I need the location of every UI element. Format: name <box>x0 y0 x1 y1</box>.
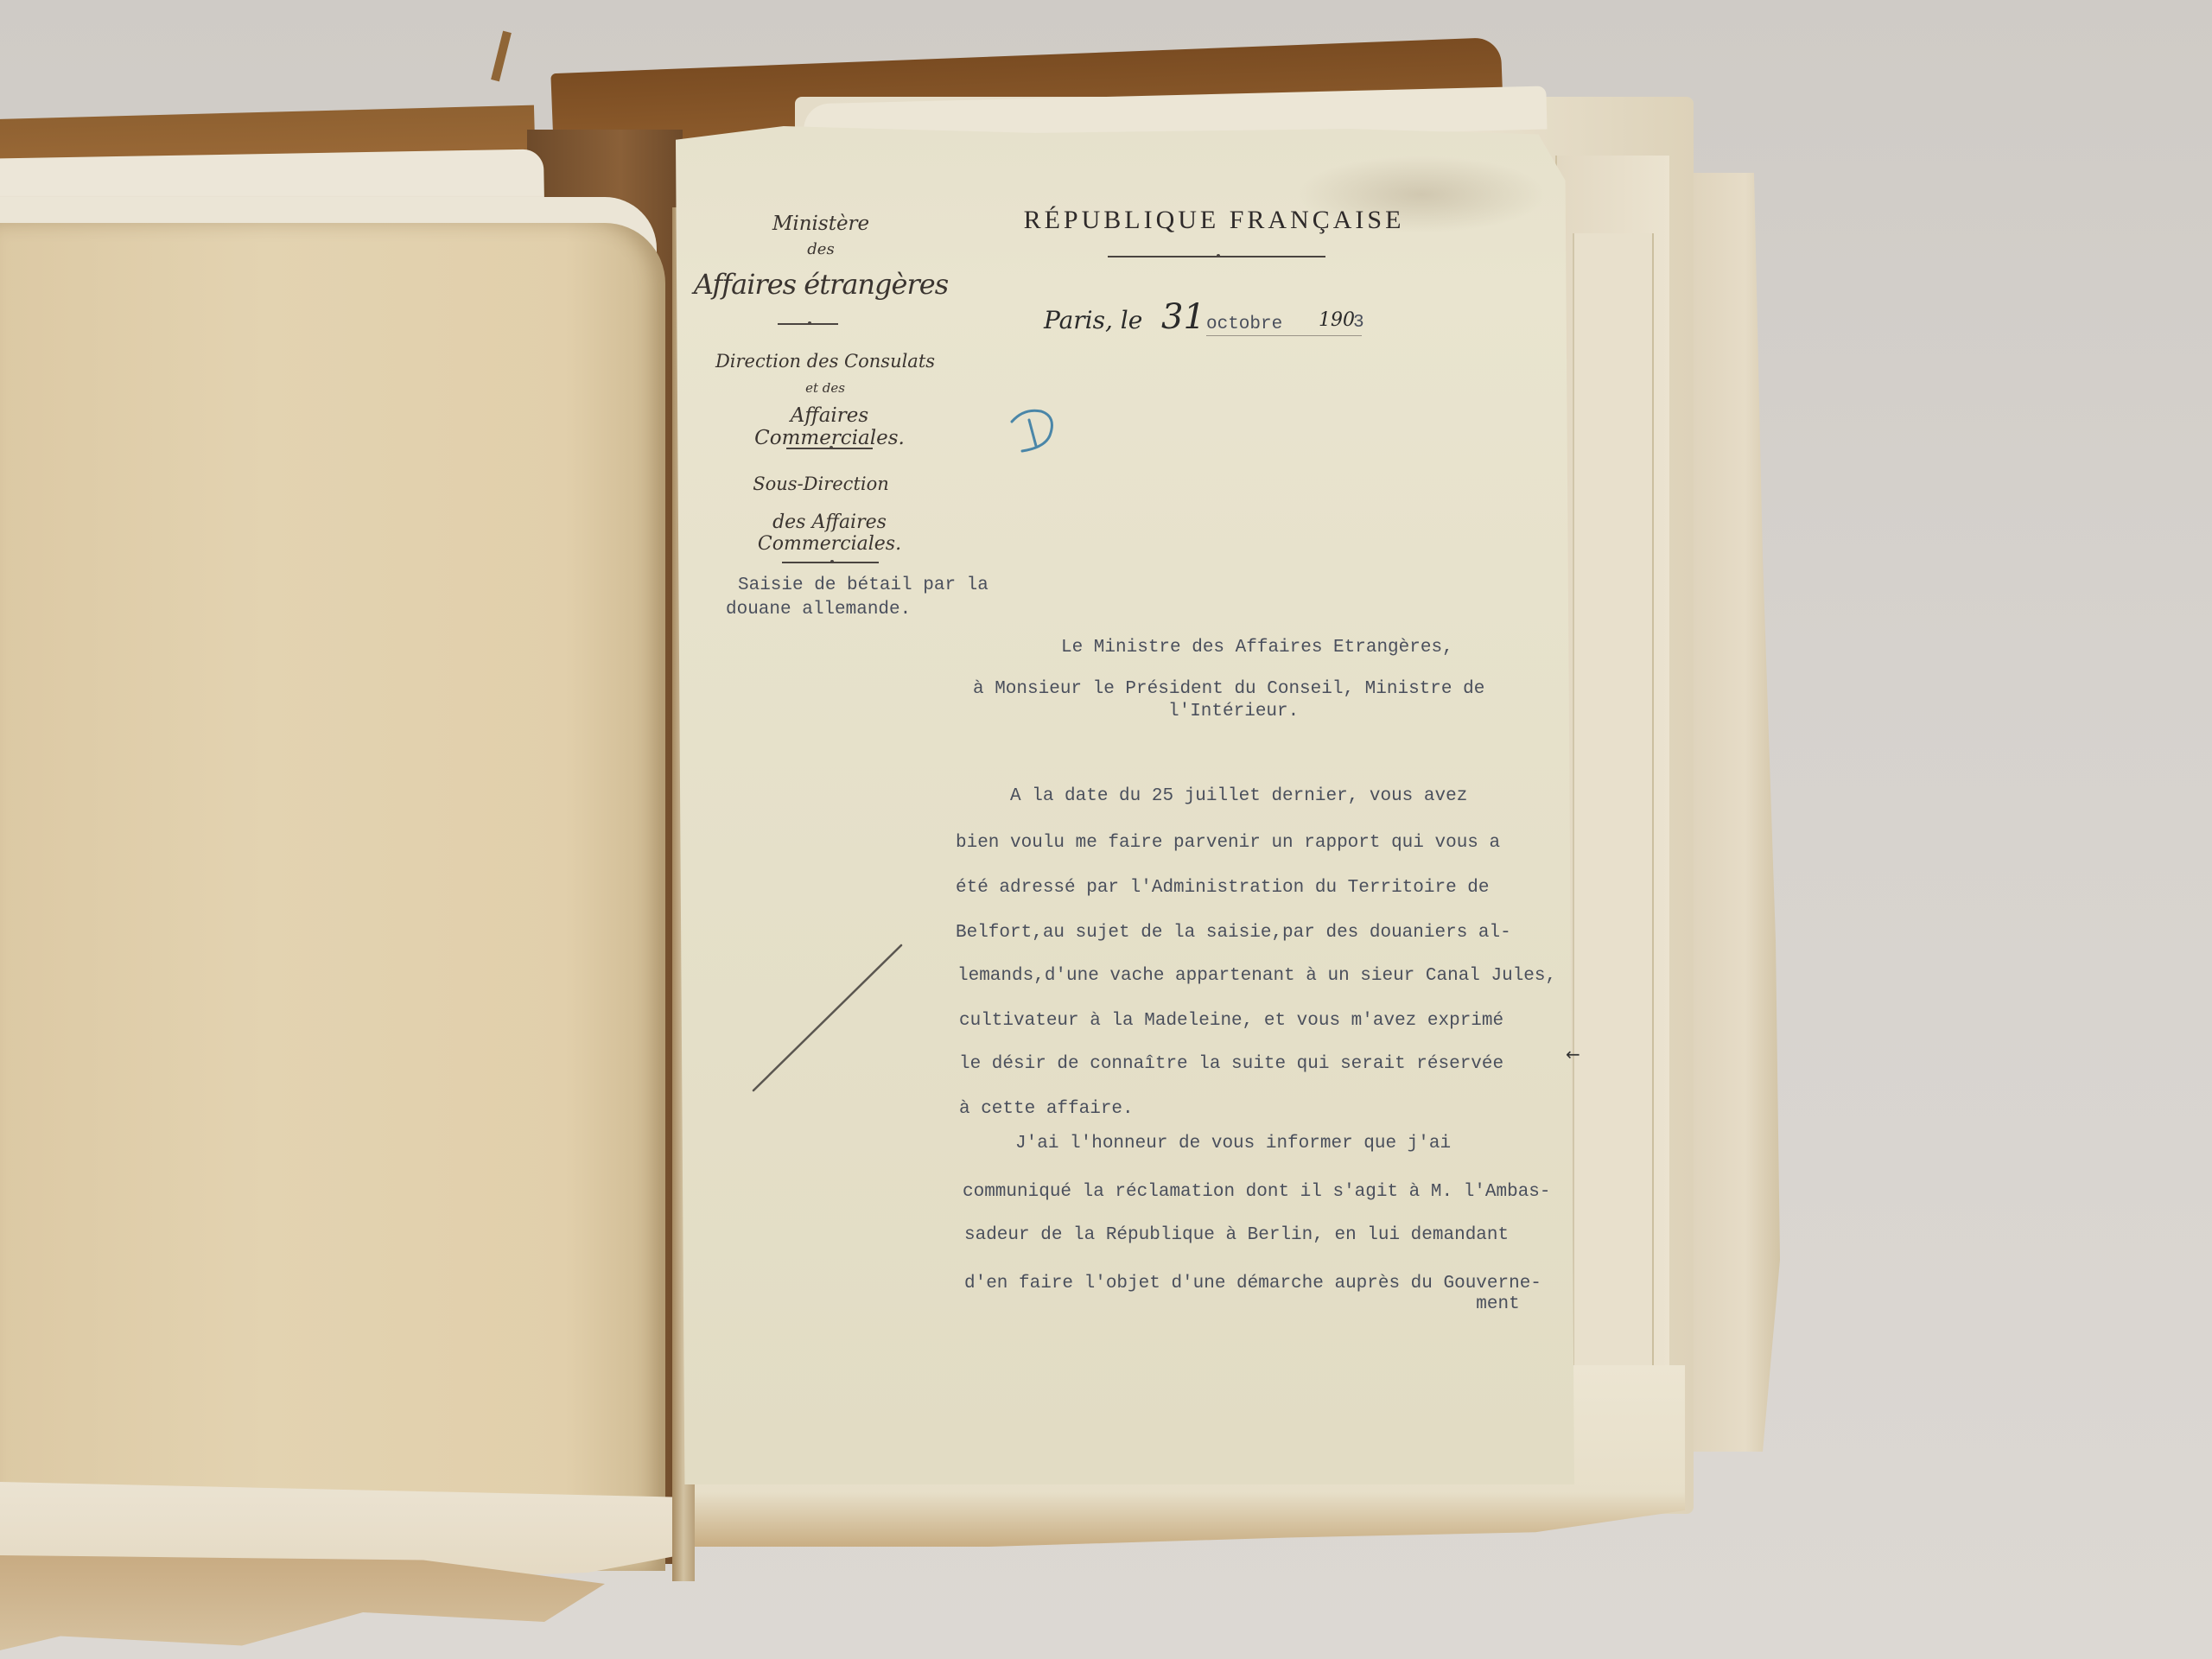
body-line: communiqué la réclamation dont il s'agit… <box>963 1182 1551 1202</box>
letterhead-ministry: Ministère <box>734 213 907 235</box>
ornament-rule <box>778 323 838 325</box>
pencil-diagonal-mark <box>752 944 907 1099</box>
ornament-rule <box>786 448 873 449</box>
republic-heading: RÉPUBLIQUE FRANÇAISE <box>1011 206 1417 235</box>
letterhead-direction-commerce: Affaires Commerciales. <box>717 404 942 449</box>
letterhead-subdirection-commerce: des Affaires Commerciales. <box>704 512 955 555</box>
left-page[interactable] <box>0 223 665 1571</box>
dateline-underline <box>1206 335 1362 336</box>
torn-paper-strip <box>491 31 512 82</box>
subject-line-1: Saisie de bétail par la <box>738 575 988 595</box>
dateline: Paris, le 31 octobre 190 3 <box>1044 304 1415 339</box>
body-line: bien voulu me faire parvenir un rapport … <box>956 833 1500 853</box>
margin-arrow-icon: ← <box>1566 1044 1580 1065</box>
letterhead-direction: Direction des Consulats <box>700 351 950 372</box>
paper-stack-edge <box>1694 173 1780 1452</box>
dateline-month: octobre <box>1206 315 1282 334</box>
recipient-line-1: à Monsieur le Président du Conseil, Mini… <box>973 679 1484 699</box>
sender-line: Le Ministre des Affaires Etrangères, <box>1061 638 1453 658</box>
body-line: J'ai l'honneur de vous informer que j'ai <box>961 1134 1451 1154</box>
body-line: lemands,d'une vache appartenant à un sie… <box>957 966 1556 986</box>
body-line: sadeur de la République à Berlin, en lui… <box>964 1225 1509 1245</box>
body-line: été adressé par l'Administration du Terr… <box>956 878 1490 898</box>
dateline-day: 31 <box>1161 297 1205 337</box>
letterhead-ministry-des: des <box>734 240 907 258</box>
body-line: ment <box>964 1294 1520 1314</box>
letterhead-foreign-affairs: Affaires étrangères <box>691 268 950 301</box>
body-line: le désir de connaître la suite qui serai… <box>959 1054 1503 1074</box>
letterhead-direction-et-des: et des <box>752 380 899 396</box>
letterhead-subdirection: Sous-Direction <box>734 474 907 494</box>
paper-stack-sheet <box>1573 233 1654 1426</box>
dateline-year-prefix: 190 <box>1319 309 1355 331</box>
body-line: d'en faire l'objet d'une démarche auprès… <box>964 1274 1541 1294</box>
body-line: Belfort,au sujet de la saisie,par des do… <box>956 923 1511 943</box>
dateline-place: Paris, le <box>1044 306 1142 334</box>
blue-pencil-d-icon <box>1007 404 1058 456</box>
subject-line-2: douane allemande. <box>726 600 911 620</box>
body-line: A la date du 25 juillet dernier, vous av… <box>956 786 1467 806</box>
heading-rule <box>1108 256 1325 257</box>
ornament-rule <box>782 562 879 563</box>
body-line: à cette affaire. <box>959 1099 1134 1119</box>
body-line: cultivateur à la Madeleine, et vous m'av… <box>959 1011 1503 1031</box>
recipient-line-2: l'Intérieur. <box>1168 702 1299 721</box>
dateline-year-suffix: 3 <box>1353 313 1364 333</box>
